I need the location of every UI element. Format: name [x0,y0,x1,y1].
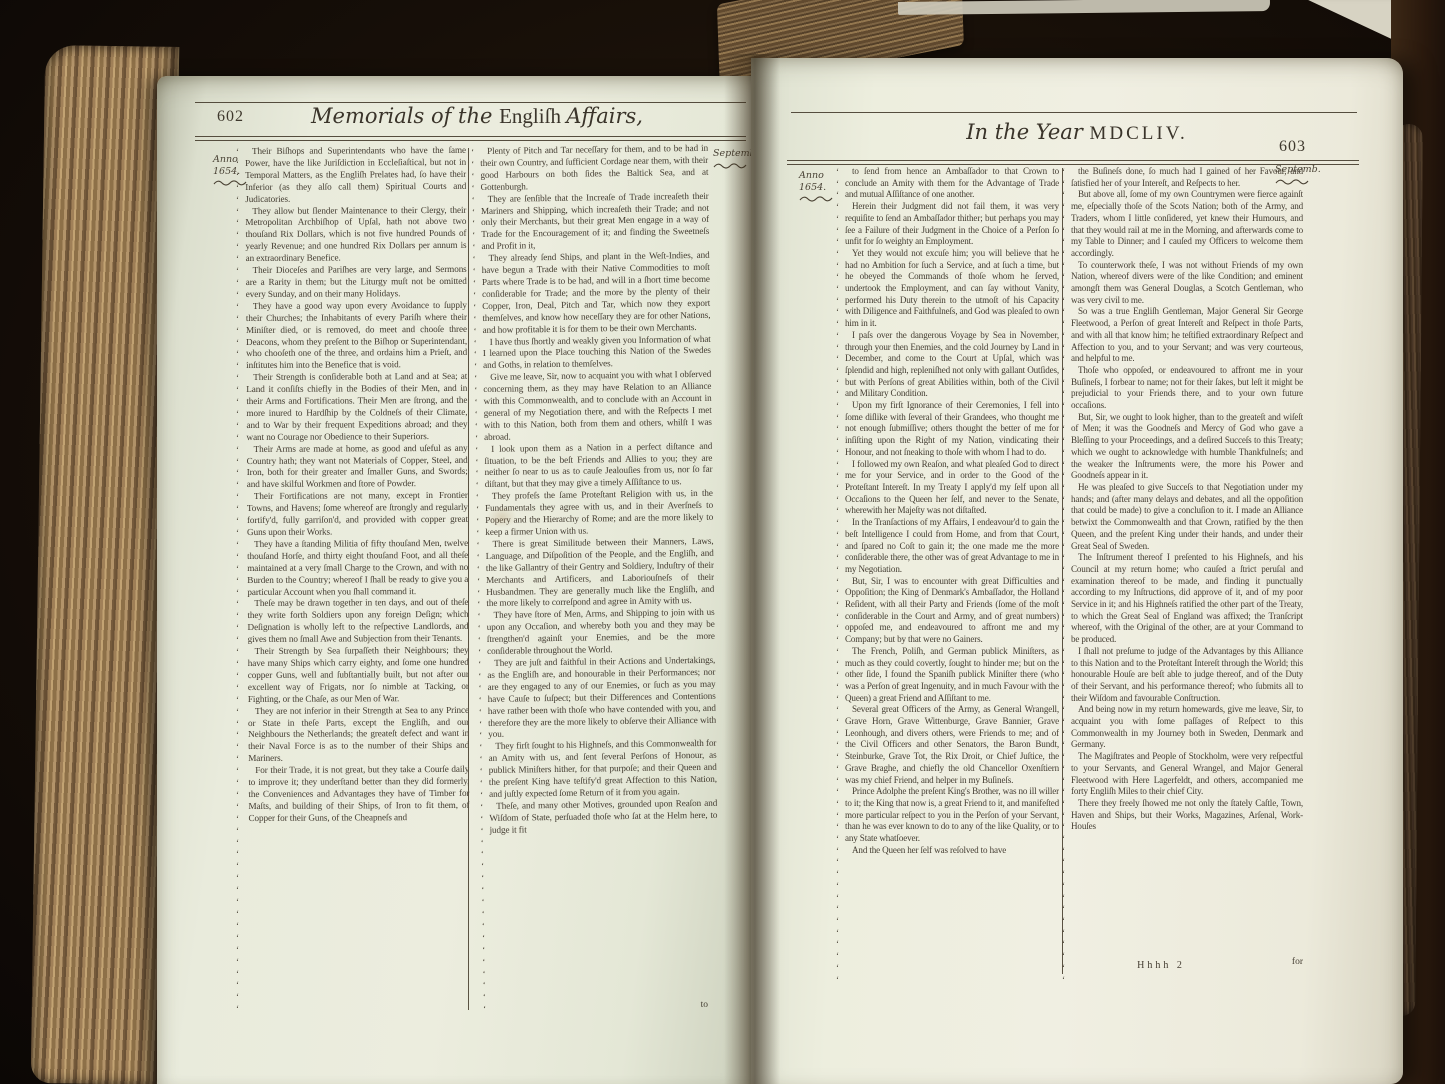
flourish-icon [713,161,749,171]
paragraph: the Buſineſs done, ſo much had I gained … [1071,166,1303,189]
paragraph: Their Dioceſes and Pariſhes are very lar… [246,264,467,301]
paragraph: There is great Similitude between their … [485,536,714,611]
paragraph: They are ſenſible that the Increaſe of T… [481,190,710,253]
paragraph: There they freely ſhowed me not only the… [1071,798,1303,833]
left-page: 602 Memorials of the Engliſh Affairs, An… [157,76,751,1084]
text-column-602-1: Their Biſhops and Superintendants who ha… [245,145,471,1014]
paragraph: They are juſt and faithful in their Acti… [487,655,716,742]
running-title-right-part2: MDCLIV. [1090,123,1188,144]
paragraph: Theſe may be drawn together in ten days,… [247,597,468,646]
paragraph: I have thus ſhortly and weakly given you… [483,333,711,372]
paragraph: He was pleaſed to give Succeſs to that N… [1071,482,1303,552]
header-rule-top [195,102,746,103]
paragraph: I ſhall not preſume to judge of the Adva… [1071,646,1303,705]
margin-note-anno-left: Anno 1654. [213,154,249,188]
paragraph: To counterwork theſe, I was not without … [1071,260,1303,307]
flourish-icon [1275,177,1311,187]
running-title-right-part1: In the Year [966,120,1089,144]
paragraph: In the Tranſactions of my Affairs, I end… [845,517,1059,576]
quote-gutter: ‘ ‘ ‘ ‘ ‘ ‘ ‘ ‘ ‘ ‘ ‘ ‘ ‘ ‘ ‘ ‘ ‘ ‘ ‘ ‘ … [236,147,239,1013]
text-column-603-2: the Buſineſs done, ſo much had I gained … [1071,166,1303,966]
paragraph: They have ſtore of Men, Arms, and Shippi… [486,607,715,658]
paragraph: Prince Adolphe the preſent King's Brothe… [845,786,1059,845]
margin-note-month-left: Septemb. [713,148,751,171]
running-title-left-part2: Engliſh [499,104,566,128]
paragraph: Herein their Judgment did not fail them,… [845,201,1059,248]
anno-word: Anno [213,154,238,165]
paragraph: They are not inferior in their Strength … [248,704,469,765]
anno-year: 1654. [799,182,826,193]
running-title-left-part3: Affairs, [566,104,643,128]
paragraph: Their Strength is conſiderable both at L… [246,371,467,444]
paragraph: Their Strength by Sea ſurpaſſeth their N… [248,645,469,706]
quote-gutter: ‘ ‘ ‘ ‘ ‘ ‘ ‘ ‘ ‘ ‘ ‘ ‘ ‘ ‘ ‘ ‘ ‘ ‘ ‘ ‘ … [836,167,839,979]
paragraph: to ſend from hence an Ambaſſador to that… [845,166,1059,201]
paragraph: Their Arms are made at home, as good and… [247,442,468,491]
anno-word: Anno [799,170,824,181]
header-rule-double-a [195,136,746,137]
header-rule-top [791,112,1357,113]
running-title-left-part1: Memorials of the [311,104,499,128]
margin-note-month-right: Septemb. [1275,164,1321,187]
text-column-603-1: to ſend from hence an Ambaſſador to that… [845,166,1059,980]
paragraph: I look upon them as a Nation in a perfec… [484,440,713,491]
quote-gutter: ‘ ‘ ‘ ‘ ‘ ‘ ‘ ‘ ‘ ‘ ‘ ‘ ‘ ‘ ‘ ‘ ‘ ‘ ‘ ‘ … [1062,167,1065,979]
paragraph: They have a good way upon every Avoidanc… [246,300,467,373]
paragraph: Theſe, and many other Motives, grounded … [489,798,717,837]
paragraph: And the Queen her ſelf was reſolved to h… [845,845,1059,857]
paragraph: But above all, ſome of my own Countrymen… [1071,189,1303,259]
page-number-left: 602 [217,108,244,126]
paragraph: Thoſe who oppoſed, or endeavoured to aff… [1071,365,1303,412]
paragraph: They allow but ſlender Maintenance to th… [245,204,466,265]
paragraph: Their Fortifications are not many, excep… [247,490,468,539]
right-page: In the Year MDCLIV. 603 Anno 1654. ‘ ‘ ‘… [751,58,1403,1084]
paragraph: I paſs over the dangerous Voyage by Sea … [845,330,1059,400]
flourish-icon [213,178,249,188]
running-title-left: Memorials of the Engliſh Affairs, [297,104,657,129]
page-number-right: 603 [1279,138,1306,156]
paragraph: Plenty of Pitch and Tar neceſſary for th… [480,143,709,194]
paragraph: They already ſend Ships, and plant in th… [481,250,710,337]
paragraph: So was a true Engliſh Gentleman, Major G… [1071,306,1303,365]
paragraph: They have a ſtanding Militia of fifty th… [247,538,468,599]
paragraph: They firſt ſought to his Highneſs, and t… [488,738,717,801]
header-rule-double-b [195,140,746,141]
paragraph: The Inſtrument thereof I preſented to hi… [1071,552,1303,646]
paragraph: Give me leave, Sir, now to acquaint you … [483,369,712,444]
text-column-602-2: Plenty of Pitch and Tar neceſſary for th… [480,143,720,1014]
flourish-icon [799,194,835,204]
catchword-right: for [1181,957,1303,967]
paragraph: For their Trade, it is not great, but th… [248,764,469,825]
paragraph: And being now in my return homewards, gi… [1071,704,1303,751]
running-title-right: In the Year MDCLIV. [877,120,1277,145]
loose-page-sliver [898,0,1270,15]
paragraph: But, Sir, I was to encounter with great … [845,576,1059,646]
margin-note-anno-right: Anno 1654. [799,170,835,204]
paragraph: Several great Officers of the Army, as G… [845,704,1059,786]
paragraph: Yet they would not excuſe him; you will … [845,248,1059,330]
paragraph: They profeſs the ſame Proteſtant Religio… [485,488,714,539]
header-rule-double-a [787,160,1359,161]
paragraph: Upon my firſt Ignorance of their Ceremon… [845,400,1059,459]
paragraph: I followed my own Reaſon, and what pleaſ… [845,459,1059,518]
paragraph: The French, Poliſh, and German publick M… [845,646,1059,705]
header-rule-double-b [787,164,1359,165]
paragraph: The Magiſtrates and People of Stockholm,… [1071,751,1303,798]
paragraph: Their Biſhops and Superintendants who ha… [245,145,466,206]
month-word: Septemb. [713,148,751,159]
paragraph: But, Sir, we ought to look higher, than … [1071,412,1303,482]
catchword-left: to [480,1000,708,1010]
column-rule [468,148,469,1010]
month-word: Septemb. [1275,164,1321,175]
